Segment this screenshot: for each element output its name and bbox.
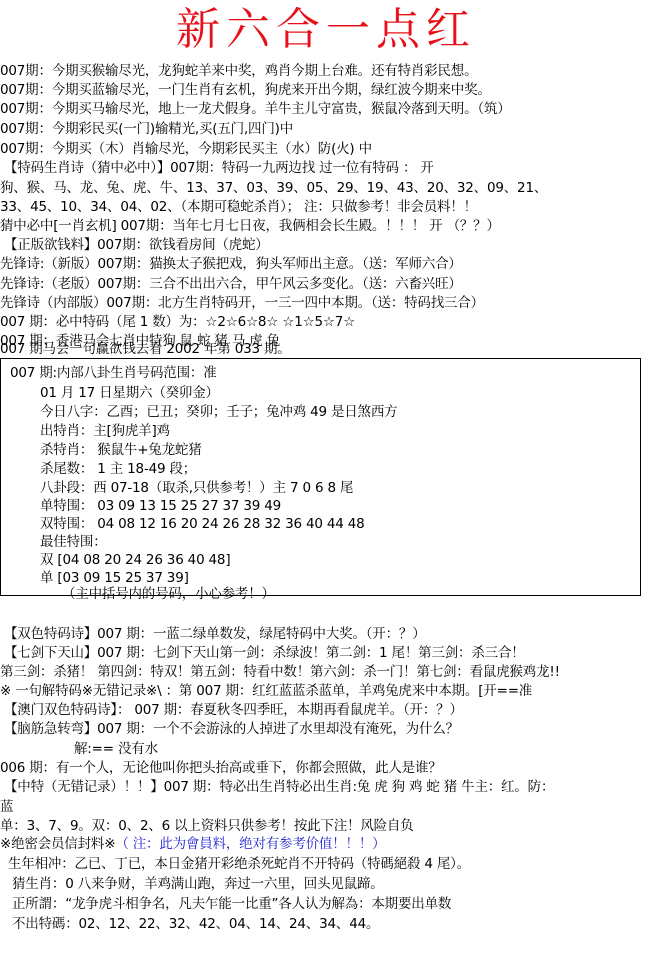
text-line: 第三剑：杀猪！ 第四剑：特双！第五剑：特看中数！第六剑：杀一门！第七剑：看鼠虎猴…	[0, 663, 560, 681]
box-line: 出特肖：主[狗虎羊]鸡	[40, 422, 170, 440]
text-line: 先锋诗（内部版）007期：北方生肖特码开，一三一四中本期。（送：特码找三合）	[0, 294, 484, 312]
text-line: 猜生肖：0 八来争财，羊鸡满山跑，奔过一六里，回头见鼠蹄。	[12, 875, 384, 893]
text-line: 蓝	[0, 798, 13, 816]
text-line: 007期：今期彩民买(一门)输精光,买(五门,四门)中	[0, 120, 293, 138]
text-line: 007期：今期买（木）肖输尽光，今期彩民买主（水）防(火) 中	[0, 140, 372, 158]
box-line: 最佳特围：	[40, 533, 107, 551]
box-footnote: （主中括号内的号码，小心参考！）	[62, 585, 275, 603]
answer-line: 解:== 没有水	[74, 740, 158, 758]
text-line: 007期：今期买马输尽光，地上一龙犬假身。羊牛主儿守富贵，猴鼠冷落到天明。（筑）	[0, 100, 511, 118]
text-line: 生年相冲：乙已、丁已，本日金猪开彩绝杀死蛇肖不开特码（特碼絕殺 4 尾）。	[8, 855, 470, 873]
text-line: 007 期：必中特码（尾 1 数）为：☆2☆6☆8☆ ☆1☆5☆7☆	[0, 313, 355, 331]
box-line: 八卦段：西 07-18（取杀,只供参考！）主 7 0 6 8 尾	[40, 479, 353, 497]
text-line: 单：3、7、9。双：0、2、6 以上资料只供参考！按此下注！风险自负	[0, 817, 414, 835]
text-line: 【正版欲钱料】007期：欲钱看房间（虎蛇）	[4, 236, 269, 254]
text-line: 007期：今期买猴输尽光，龙狗蛇羊来中奖，鸡肖今期上台难。还有特肖彩民想。	[0, 62, 477, 80]
box-line: 杀尾数： 1 主 18-49 段；	[40, 460, 196, 478]
text-line: 【特码生肖诗（猜中必中）】007期：特码一九两边找 过一位有特码 ： 开	[4, 159, 434, 177]
box-line: 单特围： 03 09 13 15 25 27 37 39 49	[40, 497, 281, 515]
text-line: 007 期马会一句赢欲钱去看 2002 年第 033 期。	[0, 340, 291, 358]
text-line: 007期：今期买蓝输尽光，一门生肖有玄机，狗虎来开出今期，绿红波今期来中奖。	[0, 81, 491, 99]
text-line: 先锋诗:（新版）007期：猫换太子猴把戏，狗头军师出主意。（送：军师六合）	[0, 255, 462, 273]
text-line: 【七剑下天山】007 期：七剑下天山第一剑：杀绿波！第二剑：1 尾！第三剑：杀三…	[4, 644, 525, 662]
text-line: 猜中必中[一肖玄机] 007期：当年七月七日夜，我俩相会长生殿。！！！ 开 （？…	[0, 217, 500, 235]
text-line: 【双色特码诗】007 期：一蓝二绿单数发，绿尾特码中大奖。（开：？）	[4, 625, 426, 643]
text-line: 33、45、10、34、04、02、（本期可稳蛇杀肖）； 注：只做参考！非会员料…	[0, 198, 477, 216]
text-line: 【澳门双色特码诗】： 007 期：春夏秋冬四季旺，本期再看鼠虎羊。（开：？）	[4, 701, 463, 719]
page-title: 新六合一点红	[0, 4, 652, 56]
box-line: 杀特肖： 猴鼠牛+兔龙蛇猪	[40, 441, 202, 459]
secret-label: ※绝密会员信封料※	[0, 836, 115, 852]
box-header: 007 期:内部八卦生肖号码范围：准	[10, 364, 217, 382]
text-line: 006 期：有一个人，无论他叫你把头抬高或垂下，你都会照做，此人是谁？	[0, 759, 442, 777]
box-line: 今日八字：乙酉；已丑；癸卯；壬子；兔冲鸡 49 是日煞西方	[40, 403, 397, 421]
text-line: 【脑筋急转弯】007 期：一个不会游泳的人掉进了水里却没有淹死，为什么？	[4, 720, 459, 738]
box-line: 01 月 17 日星期六（癸卯金）	[40, 384, 219, 402]
box-line: 双 [04 08 20 24 26 36 40 48]	[40, 551, 230, 569]
box-line: 双特围： 04 08 12 16 20 24 26 28 32 36 40 44…	[40, 515, 365, 533]
secret-line: ※绝密会员信封料※（ 注：此为會員料，绝对有参考价值！！！）	[0, 835, 385, 853]
text-line: 【中特（无错记录）！！】007 期：特必出生肖特必出生肖:兔 虎 狗 鸡 蛇 猪…	[4, 778, 554, 796]
text-line: 先锋诗:（老版）007期：三合不出出六合，甲午风云多变化。（送：六畜兴旺）	[0, 275, 462, 293]
text-line: 正所謂：“龙争虎斗相争名，凡夫乍能一比重”各人认为解為：本期要出单数	[12, 895, 451, 913]
text-line: 狗、猴、马、龙、兔、虎、牛、13、37、03、39、05、29、19、43、20…	[0, 179, 547, 197]
text-line: 不出特碼：02、12、22、32、42、04、14、24、34、44。	[12, 915, 379, 933]
secret-note: （ 注：此为會員料，绝对有参考价值！！！）	[115, 836, 385, 852]
text-line: ※ 一句解特码※无错记录※\ ：第 007 期：红红蓝蓝杀蓝单，羊鸡兔虎来中本期…	[0, 682, 532, 700]
